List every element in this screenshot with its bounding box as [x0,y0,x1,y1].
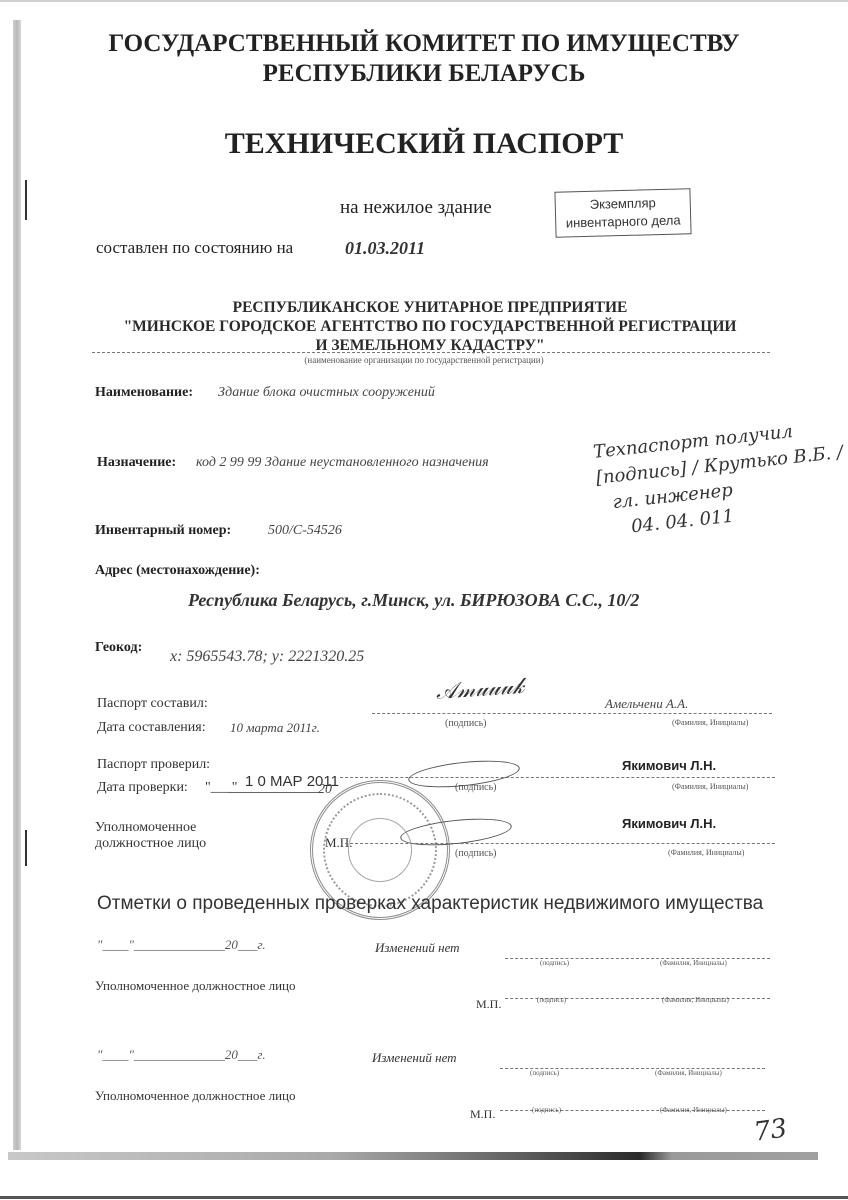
check-1-authorized-signature-caption: (подпись) [537,996,566,1004]
checked-date-label: Дата проверки: [97,780,188,796]
checked-signature-caption: (подпись) [455,782,497,793]
check-2-signature-caption: (подпись) [530,1069,559,1077]
checked-date-prefix: "___" [205,780,237,796]
check-2-status: Изменений нет [372,1050,457,1066]
purpose-label: Назначение: [97,455,176,471]
check-1-mp: М.П. [476,997,501,1012]
check-1-authorized-label: Уполномоченное должностное лицо [95,978,296,994]
checked-by-label: Паспорт проверил: [97,757,210,773]
checked-name: Якимович Л.Н. [622,758,716,773]
compiled-name-caption: (Фамилия, Инициалы) [672,718,748,727]
address-label: Адрес (местонахождение): [95,563,260,579]
check-2-authorized-label: Уполномоченное должностное лицо [95,1088,296,1104]
check-1-signature-caption: (подпись) [540,959,569,967]
check-1-date: "____"______________20___г. [97,937,266,953]
compiled-date-label: Дата составления: [97,720,206,736]
checked-signature-line [340,777,775,778]
compiled-by-label: Паспорт составил: [97,696,208,712]
compiled-signature-line [372,713,772,714]
scan-edge-top [0,0,848,2]
authorized-name: Якимович Л.Н. [622,816,716,831]
address-value: Республика Беларусь, г.Минск, ул. БИРЮЗО… [188,590,639,611]
inventory-label: Инвентарный номер: [95,523,231,539]
margin-mark [25,830,27,866]
as-of-date: 01.03.2011 [345,238,425,259]
authorized-label-1: Уполномоченное [95,820,196,836]
check-2-date: "____"______________20___г. [97,1047,266,1063]
compiled-name: Амельчени А.А. [605,696,688,712]
authorized-name-caption: (Фамилия, Инициалы) [668,848,744,857]
margin-mark [25,180,27,220]
name-value: Здание блока очистных сооружений [218,385,435,401]
compiled-date: 10 марта 2011г. [230,720,320,736]
scan-edge-bottom [8,1152,818,1160]
check-1-name-caption: (Фамилия, Инициалы) [660,959,727,967]
geocode-value: x: 5965543.78; y: 2221320.25 [170,648,364,666]
checked-date-suffix: 20 [318,782,332,798]
scan-edge-bottom-line [0,1196,848,1199]
authorized-label-2: должностное лицо [95,836,206,852]
compiled-signature: 𝒜𝓂𝓊𝓊𝓊𝓀 [435,674,525,705]
stamp-line-2: инвентарного дела [556,211,690,233]
scan-edge-left [13,20,21,1150]
org-line-2: "МИНСКОЕ ГОРОДСКОЕ АГЕНТСТВО ПО ГОСУДАРС… [90,317,770,336]
check-1-authorized-name-caption: (Фамилия, Инициалы) [662,996,729,1004]
check-1-status: Изменений нет [375,940,460,956]
as-of-label: составлен по состоянию на [96,238,293,258]
org-line-1: РЕСПУБЛИКАНСКОЕ УНИТАРНОЕ ПРЕДПРИЯТИЕ [90,298,770,317]
purpose-value: код 2 99 99 Здание неустановленного назн… [196,455,489,471]
check-2-authorized-name-caption: (Фамилия, Инициалы) [660,1106,727,1114]
document-title: ТЕХНИЧЕСКИЙ ПАСПОРТ [0,127,848,161]
committee-line-1: ГОСУДАРСТВЕННЫЙ КОМИТЕТ ПО ИМУЩЕСТВУ [0,30,848,58]
document-subtitle: на нежилое здание [340,197,492,219]
org-caption: (наименование организации по государстве… [0,355,848,365]
check-2-name-caption: (Фамилия, Инициалы) [655,1069,722,1077]
page-number: 73 [752,1113,789,1147]
committee-line-2: РЕСПУБЛИКИ БЕЛАРУСЬ [0,60,848,88]
inventory-copy-stamp: Экземпляр инвентарного дела [554,188,691,238]
authorized-signature-caption: (подпись) [455,848,497,859]
checked-name-caption: (Фамилия, Инициалы) [672,782,748,791]
geocode-label: Геокод: [95,640,142,656]
checks-section-title: Отметки о проведенных проверках характер… [97,893,763,915]
inventory-value: 500/С-54526 [268,523,342,539]
check-2-mp: М.П. [470,1107,495,1122]
name-label: Наименование: [95,385,193,401]
checked-date-line [228,792,318,793]
compiled-signature-caption: (подпись) [445,718,487,729]
org-underline [92,352,770,353]
check-2-authorized-signature-caption: (подпись) [532,1106,561,1114]
handwritten-receipt-note: Техпаспорт получил [подпись] / Крутько В… [592,414,848,543]
